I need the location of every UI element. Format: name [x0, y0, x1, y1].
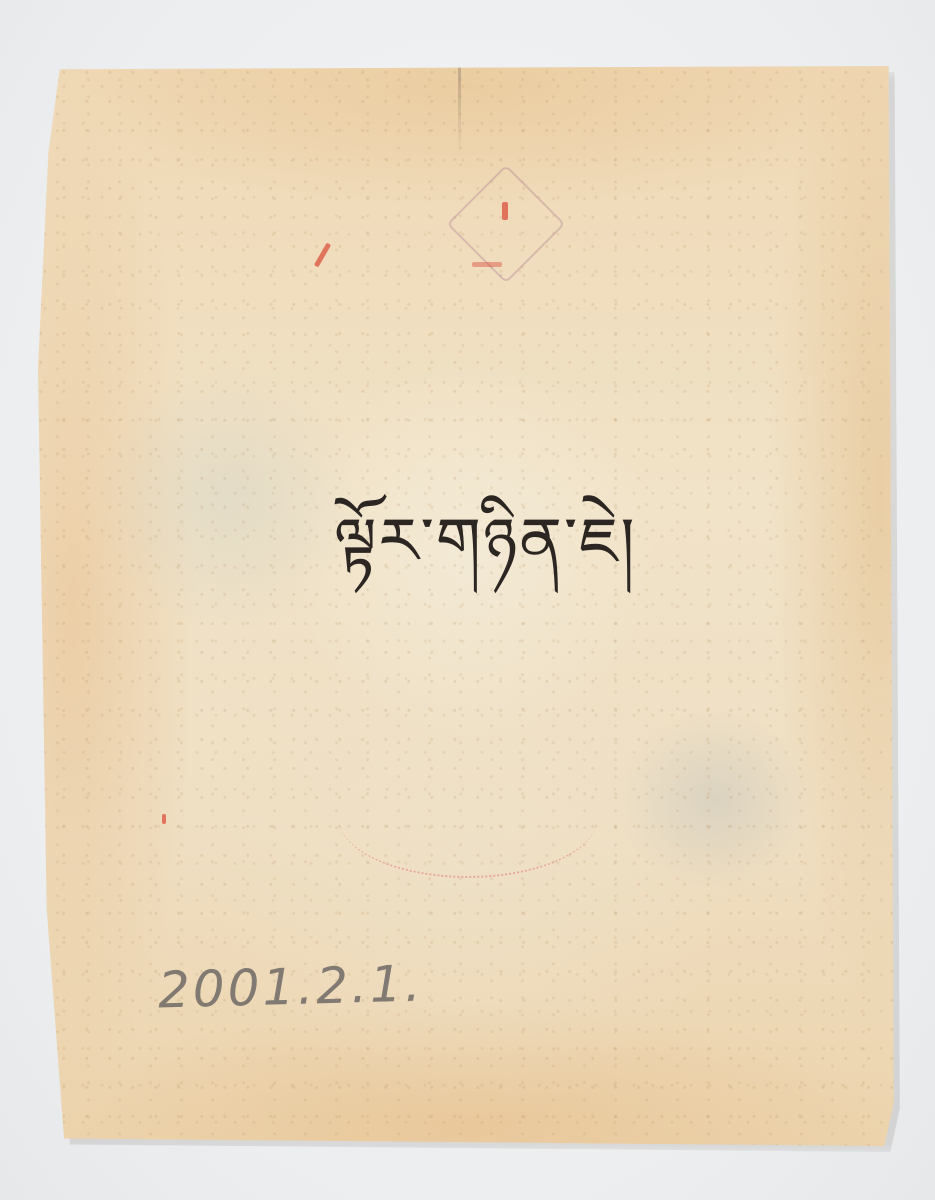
- tibetan-inscription: ལྟོར་གཉིན་ཇེ།: [334, 510, 637, 574]
- ghost-outline-showthrough: [338, 756, 598, 878]
- red-pigment-mark: [502, 202, 508, 220]
- accession-number: 2001.2.1.: [157, 955, 424, 1020]
- red-pigment-mark: [472, 262, 502, 267]
- red-pigment-mark: [162, 814, 166, 824]
- paper-crease: [458, 66, 461, 156]
